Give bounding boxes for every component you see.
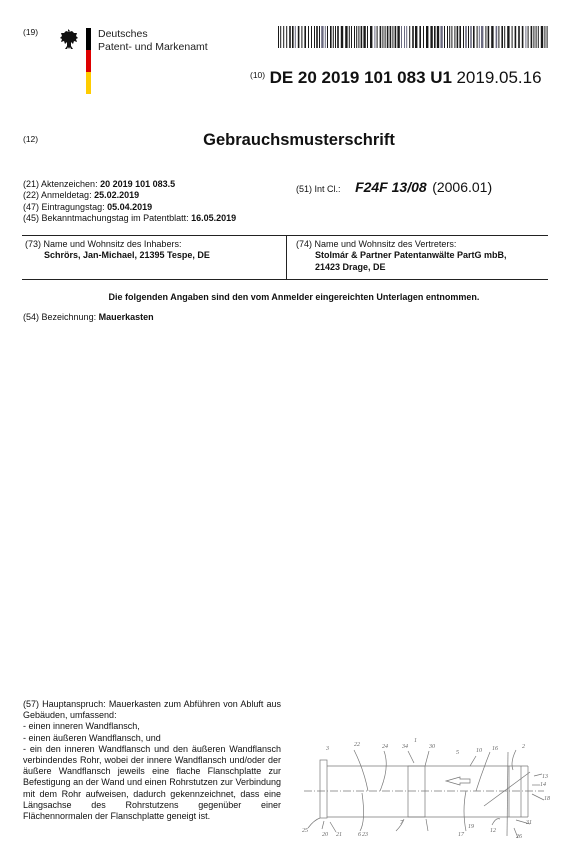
barcode	[278, 26, 548, 48]
reference-label: 26	[516, 834, 522, 840]
owner-code: (73)	[25, 239, 41, 249]
applicant-notice: Die folgenden Angaben sind den vom Anmel…	[0, 292, 568, 302]
filing-date-row: (22) Anmeldetag: 25.02.2019	[23, 190, 236, 201]
parties-divider	[286, 235, 287, 279]
int-cl-value: F24F 13/08	[355, 179, 427, 195]
german-flag-bar	[86, 28, 91, 94]
file-number: 20 2019 101 083.5	[100, 179, 175, 189]
code: (22)	[23, 190, 39, 200]
representative-label: Name und Wohnsitz des Vertreters:	[315, 239, 457, 249]
reference-label: 22	[354, 742, 360, 748]
claim-label: Hauptanspruch:	[42, 699, 106, 709]
file-number-row: (21) Aktenzeichen: 20 2019 101 083.5	[23, 179, 236, 190]
reference-label: 23	[362, 832, 368, 838]
registration-date: 05.04.2019	[107, 202, 152, 212]
announcement-date: 16.05.2019	[191, 213, 236, 223]
owner-block: (73) Name und Wohnsitz des Inhabers: Sch…	[25, 239, 210, 262]
reference-label: 30	[428, 744, 435, 750]
publication-number: DE 20 2019 101 083 U1	[270, 68, 452, 87]
int-cl-code: (51)	[296, 184, 312, 194]
reference-label: 10	[476, 748, 482, 754]
reference-label: 17	[458, 832, 465, 838]
claim-item: - einen inneren Wandflansch,	[23, 721, 281, 732]
owner-label: Name und Wohnsitz des Inhabers:	[44, 239, 182, 249]
int-cl-version: (2006.01)	[432, 179, 492, 195]
claim-item: - ein den inneren Wandflansch und den äu…	[23, 744, 281, 822]
designation-code: (54)	[23, 312, 39, 322]
office-name: Deutsches Patent- und Markenamt	[98, 28, 208, 54]
reference-label: 31	[525, 820, 532, 826]
reference-label: 18	[544, 796, 550, 802]
designation: (54) Bezeichnung: Mauerkasten	[23, 312, 154, 322]
announcement-date-row: (45) Bekanntmachungstag im Patentblatt: …	[23, 213, 236, 224]
office-name-line2: Patent- und Markenamt	[98, 41, 208, 54]
reference-label: 2	[522, 744, 525, 750]
reference-label: 5	[456, 750, 459, 756]
main-claim: (57) Hauptanspruch: Mauerkasten zum Abfü…	[23, 699, 281, 822]
document-title: Gebrauchsmusterschrift	[0, 131, 568, 150]
label: Eintragungstag:	[42, 202, 105, 212]
code: (47)	[23, 202, 39, 212]
reference-label: 3	[325, 746, 329, 752]
label: Bekanntmachungstag im Patentblatt:	[42, 213, 189, 223]
reference-label: 19	[468, 824, 474, 830]
filing-date: 25.02.2019	[94, 190, 139, 200]
reference-label: 24	[382, 743, 388, 750]
publication-date: 2019.05.16	[456, 68, 541, 87]
code: (45)	[23, 213, 39, 223]
representative-address: 21423 Drage, DE	[296, 262, 507, 273]
reference-label: 14	[540, 781, 546, 788]
office-name-line1: Deutsches	[98, 28, 208, 41]
reference-label: 34	[401, 743, 408, 750]
int-cl-label: Int Cl.:	[315, 184, 341, 194]
reference-label: 25	[302, 828, 308, 834]
reference-label: 21	[336, 832, 342, 838]
code: (21)	[23, 179, 39, 189]
owner-name: Schrörs, Jan-Michael, 21395 Tespe, DE	[25, 250, 210, 261]
registration-date-row: (47) Eintragungstag: 05.04.2019	[23, 202, 236, 213]
reference-label: 6	[358, 832, 361, 838]
label: Anmeldetag:	[41, 190, 92, 200]
reference-label: 13	[542, 774, 548, 780]
claim-code: (57)	[23, 699, 39, 709]
reference-label: 20	[322, 832, 328, 838]
patent-drawing: 1235671012131416171819202122232425263031…	[296, 728, 564, 848]
int-cl: (51) Int Cl.: F24F 13/08 (2006.01)	[296, 179, 492, 195]
label: Aktenzeichen:	[41, 179, 98, 189]
designation-value: Mauerkasten	[99, 312, 154, 322]
reference-label: 1	[414, 738, 417, 744]
designation-label: Bezeichnung:	[42, 312, 97, 322]
publication-line: (10) DE 20 2019 101 083 U1 2019.05.16	[250, 68, 542, 88]
reference-label: 16	[492, 746, 498, 752]
bibliographic-data: (21) Aktenzeichen: 20 2019 101 083.5 (22…	[23, 179, 236, 224]
office-code: (19)	[23, 27, 38, 37]
federal-eagle-icon	[55, 27, 81, 53]
representative-name: Stolmár & Partner Patentanwälte PartG mb…	[296, 250, 507, 261]
representative-block: (74) Name und Wohnsitz des Vertreters: S…	[296, 239, 507, 273]
representative-code: (74)	[296, 239, 312, 249]
publication-code: (10)	[250, 70, 265, 80]
claim-item: - einen äußeren Wandflansch, und	[23, 733, 281, 744]
reference-label: 12	[490, 828, 496, 834]
